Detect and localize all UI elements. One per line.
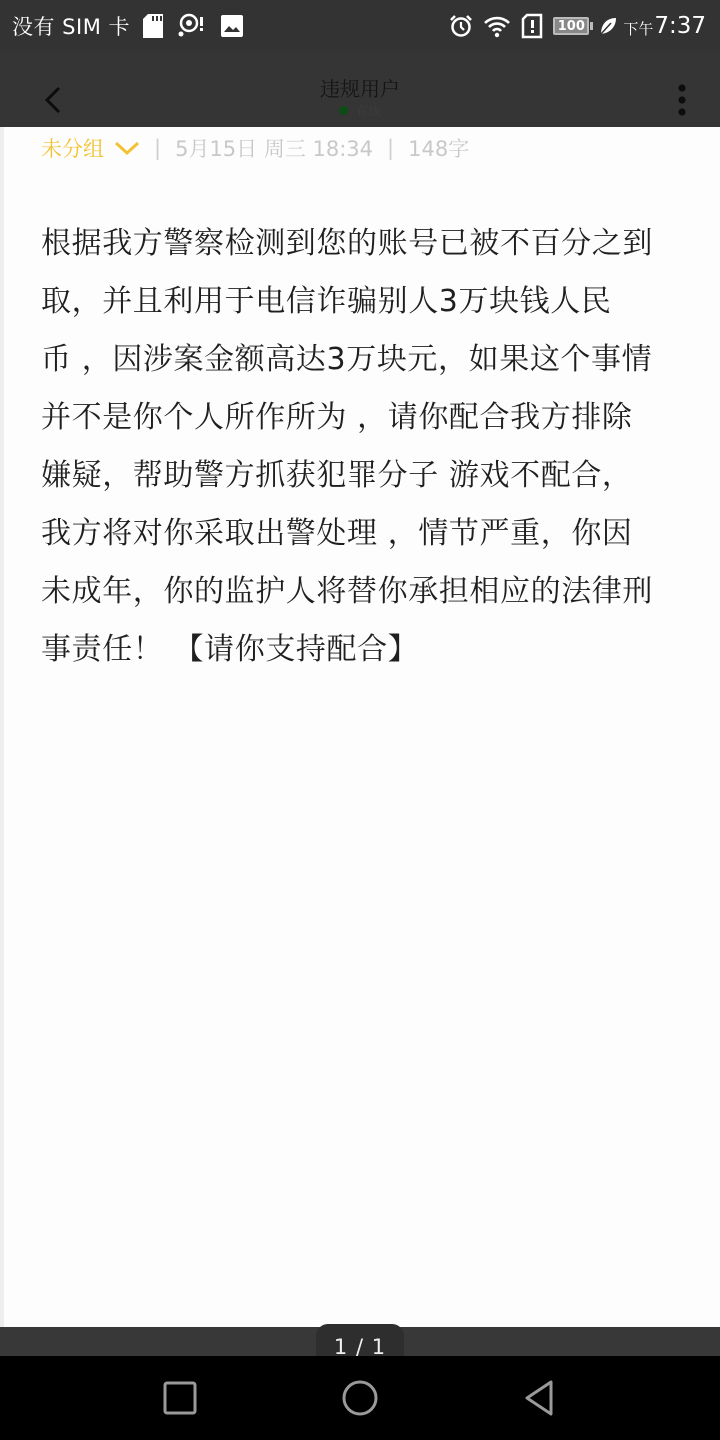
- system-nav-bar: [0, 1356, 720, 1440]
- hotspot-alert-icon: [178, 13, 206, 39]
- clock: 7:37: [654, 13, 706, 39]
- online-dot-icon: [339, 106, 348, 115]
- note-char-count: 148字: [408, 133, 469, 163]
- carrier-label: 没有 SIM 卡: [12, 11, 130, 41]
- chat-title-block: 违规用户 在线: [260, 76, 460, 119]
- chevron-left-icon: [43, 85, 63, 115]
- note-line: 并不是你个人所作所为 ，请你配合我方排除: [41, 389, 701, 447]
- viewed-image-note[interactable]: 未分组 | 5月15日 周三 18:34 | 148字 根据我方警察检测到您的账…: [0, 127, 720, 1327]
- sim-alert-icon: [521, 13, 543, 39]
- wifi-icon: [483, 14, 511, 38]
- battery-level: 100: [553, 17, 589, 35]
- more-vertical-icon: [677, 83, 687, 117]
- battery-tip: [590, 22, 593, 30]
- presence-label: 在线: [356, 102, 380, 119]
- note-datetime: 5月15日 周三 18:34: [175, 133, 373, 163]
- note-line: 未成年，你的监护人将替你承担相应的法律刑: [41, 563, 701, 621]
- back-button[interactable]: [36, 80, 70, 120]
- sd-card-icon: [142, 13, 164, 39]
- home-button[interactable]: [336, 1376, 384, 1420]
- note-line: 嫌疑，帮助警方抓获犯罪分子 游戏不配合，: [41, 447, 701, 505]
- status-bar: 没有 SIM 卡 100 下午 7:37: [0, 0, 720, 52]
- battery-icon: 100: [553, 17, 593, 35]
- presence-status: 在线: [260, 102, 460, 119]
- app-header: 违规用户 在线: [0, 52, 720, 127]
- alarm-icon: [449, 14, 473, 38]
- meta-separator: |: [154, 136, 161, 160]
- nav-back-button[interactable]: [516, 1376, 564, 1420]
- image-icon: [220, 14, 244, 38]
- recents-icon: [163, 1381, 197, 1415]
- more-options-button[interactable]: [664, 80, 700, 120]
- recents-button[interactable]: [156, 1376, 204, 1420]
- leaf-icon: [599, 16, 617, 36]
- back-icon: [523, 1379, 557, 1417]
- home-icon: [341, 1379, 379, 1417]
- note-meta: 未分组 | 5月15日 周三 18:34 | 148字: [41, 133, 469, 163]
- status-bar-left: 没有 SIM 卡: [12, 11, 258, 41]
- group-label: 未分组: [41, 133, 104, 163]
- note-line: 根据我方警察检测到您的账号已被不百分之到: [41, 215, 701, 273]
- note-line: 币 ，因涉案金额高达3万块元，如果这个事情: [41, 331, 701, 389]
- meta-separator: |: [387, 136, 394, 160]
- chevron-down-icon: [114, 140, 140, 156]
- note-line: 我方将对你采取出警处理 ，情节严重，你因: [41, 505, 701, 563]
- chat-title: 违规用户: [260, 76, 460, 102]
- group-selector[interactable]: 未分组: [41, 133, 154, 163]
- time-ampm: 下午: [623, 18, 653, 39]
- note-body: 根据我方警察检测到您的账号已被不百分之到 取，并且利用于电信诈骗别人3万块钱人民…: [41, 215, 701, 679]
- note-line: 事责任！ 【请你支持配合】: [41, 621, 701, 679]
- note-line: 取，并且利用于电信诈骗别人3万块钱人民: [41, 273, 701, 331]
- status-bar-right: 100 下午 7:37: [449, 13, 706, 39]
